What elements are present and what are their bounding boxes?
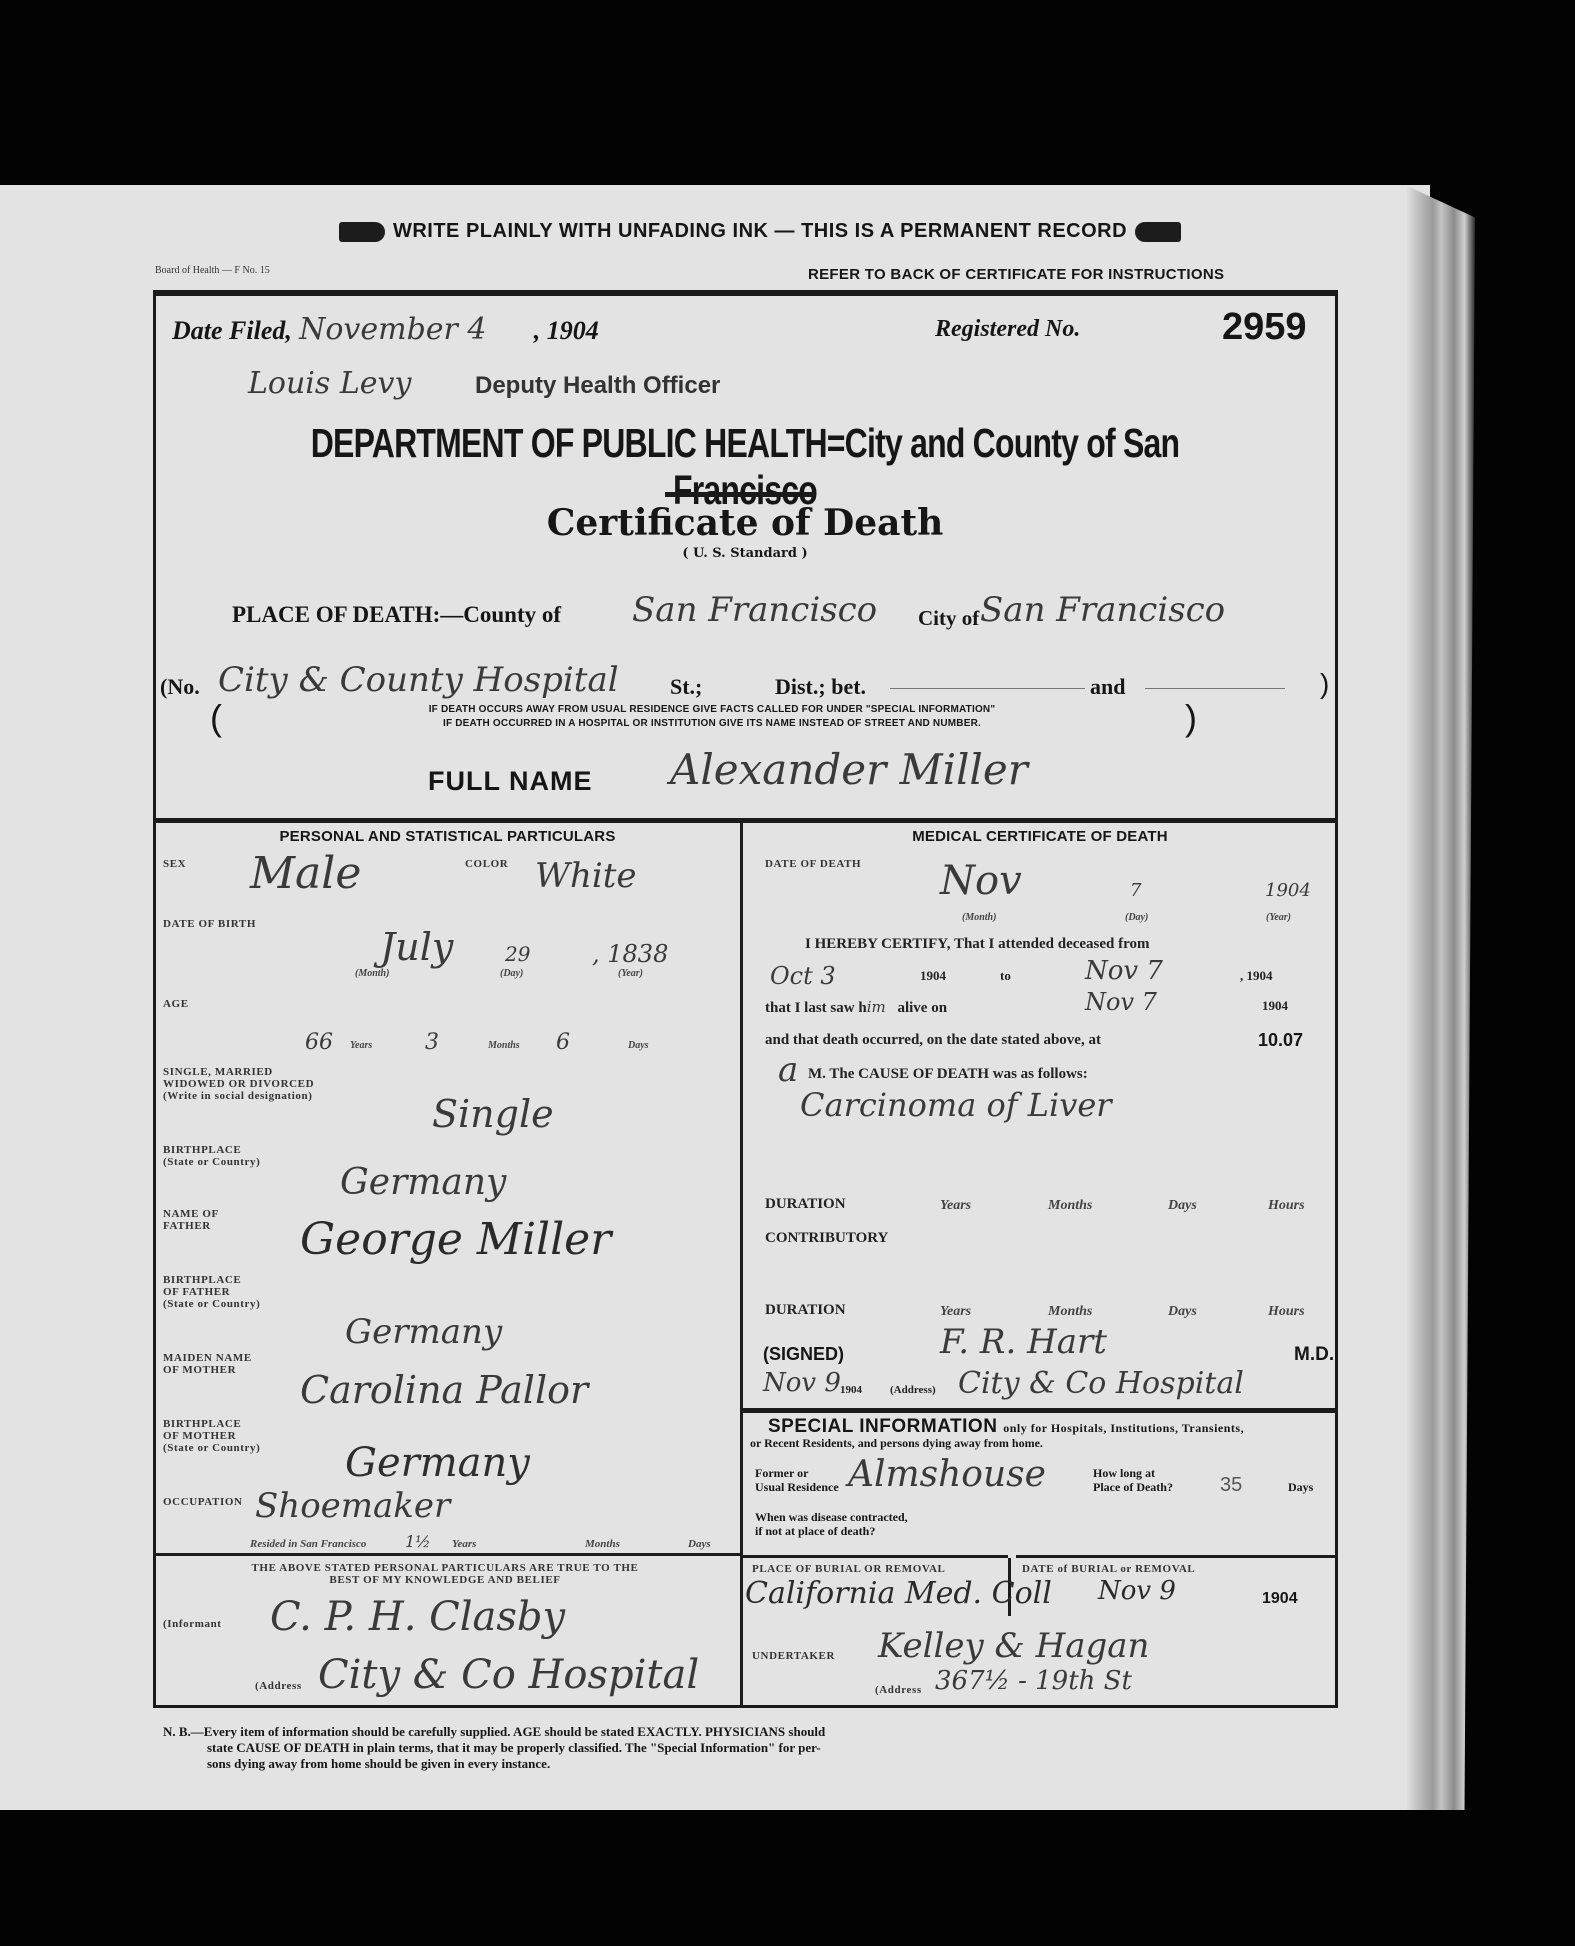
duration-months-caption: Months [1048,1198,1092,1214]
full-name-value: Alexander Miller [670,745,1028,794]
personal-heading: PERSONAL AND STATISTICAL PARTICULARS [160,828,735,845]
book-page-edges [1405,185,1475,1810]
resided-years: 1½ [405,1532,431,1551]
father-birthplace-label: BIRTHPLACE OF FATHER (State or Country) [163,1274,260,1310]
to-label: to [1000,968,1011,984]
disease-contracted-label: When was disease contracted, if not at p… [755,1510,908,1538]
years-caption: Years [350,1040,372,1051]
marital-label: SINGLE, MARRIED WIDOWED OR DIVORCED (Wri… [163,1066,314,1102]
district-label: Dist.; bet. [775,674,866,700]
sex-label: SEX [163,858,186,870]
resided-days-caption: Days [688,1538,711,1550]
undertaker-address-label: (Address [875,1684,922,1696]
occupation-value: Shoemaker [255,1486,450,1526]
mother-birthplace-label: BIRTHPLACE OF MOTHER (State or Country) [163,1418,260,1454]
duration2-years-caption: Years [940,1304,971,1320]
burial-place-value: California Med. Coll [745,1576,1052,1611]
duration2-months-caption: Months [1048,1304,1092,1320]
certificate-title: Certificate of Death [155,502,1335,544]
md-label: M.D. [1294,1344,1334,1366]
sex-value: Male [250,848,361,899]
dob-year: , 1838 [592,940,668,968]
age-label: AGE [163,998,189,1010]
and-blank [1145,688,1285,689]
informant-divider [153,1553,741,1556]
dob-label: DATE OF BIRTH [163,918,256,930]
undertaker-value: Kelley & Hagan [878,1626,1149,1666]
duration2-days-caption: Days [1168,1304,1197,1320]
days-label: Days [1288,1480,1313,1495]
duration-days-caption: Days [1168,1198,1197,1214]
burial-divider-left [743,1555,1008,1558]
burial-year: 1904 [1262,1590,1298,1608]
place-of-death-label: PLACE OF DEATH:—County of [232,602,561,628]
city-label: City of [918,606,979,631]
birthplace-label: BIRTHPLACE (State or Country) [163,1144,260,1168]
last-saw-year: 1904 [1262,998,1288,1014]
signed-date: Nov 9 [763,1368,841,1398]
officer-signature: Louis Levy [248,366,411,401]
district-blank [890,688,1085,689]
informant-label: (Informant [163,1618,222,1630]
father-birthplace-value: Germany [345,1312,502,1352]
refer-instructions: REFER TO BACK OF CERTIFICATE FOR INSTRUC… [808,266,1224,283]
street-label: St.; [670,674,702,700]
date-filed: Date Filed, November 4 , 1904 [172,312,599,347]
note-bracket-right: ) [1185,700,1197,736]
attended-from-year: 1904 [920,968,946,984]
footnote: N. B.—Every item of information should b… [163,1724,1293,1772]
burial-date-label: DATE of BURIAL or REMOVAL [1022,1563,1195,1575]
attended-to-year: , 1904 [1240,968,1273,984]
how-long-value: 35 [1220,1474,1242,1497]
pointing-hand-icon [339,222,385,242]
section-divider [153,818,1338,823]
date-filed-month-day: November 4 [299,312,486,347]
undertaker-address: 367½ - 19th St [935,1666,1132,1696]
certify-text: I HEREBY CERTIFY, That I attended deceas… [805,936,1150,953]
column-divider [740,822,743,1707]
duration-years-caption: Years [940,1198,971,1214]
attended-from: Oct 3 [770,962,836,990]
mother-birthplace-value: Germany [345,1440,530,1486]
resided-years-caption: Years [452,1538,476,1550]
last-saw-text: that I last saw him alive on [765,998,947,1017]
note-bracket-left: ( [210,700,222,736]
department-title: DEPARTMENT OF PUBLIC HEALTH=City and Cou… [285,420,1205,514]
days-caption: Days [628,1040,649,1051]
dob-day: 29 [505,942,530,966]
place-note-line-2: IF DEATH OCCURRED IN A HOSPITAL OR INSTI… [232,718,1192,729]
color-value: White [535,856,637,896]
duration2-label: DURATION [765,1302,846,1319]
former-residence-label: Former or Usual Residence [755,1466,839,1494]
place-county-value: San Francisco [632,590,877,630]
place-note-line-1: IF DEATH OCCURS AWAY FROM USUAL RESIDENC… [232,704,1192,715]
mother-name-value: Carolina Pallor [300,1368,588,1412]
cause-of-death: Carcinoma of Liver [800,1086,1112,1124]
father-name-label: NAME OF FATHER [163,1208,219,1232]
officer-title: Deputy Health Officer [475,372,720,400]
mother-name-label: MAIDEN NAME OF MOTHER [163,1352,252,1376]
meridiem: a [778,1050,798,1090]
last-saw-date: Nov 7 [1085,988,1157,1016]
resided-months-caption: Months [585,1538,620,1550]
occupation-label: OCCUPATION [163,1496,243,1508]
registered-number: 2959 [1222,306,1307,349]
registered-label: Registered No. [935,316,1080,343]
duration2-hours-caption: Hours [1268,1304,1305,1320]
and-label: and [1090,674,1125,700]
informant-address: City & Co Hospital [318,1652,699,1698]
death-month-caption: (Month) [962,912,996,923]
title-divider [665,492,815,497]
date-filed-year: , 1904 [534,316,599,345]
months-caption: Months [488,1040,520,1051]
cause-text: M. The CAUSE OF DEATH was as follows: [808,1066,1088,1083]
informant-statement: THE ABOVE STATED PERSONAL PARTICULARS AR… [155,1562,735,1586]
signed-label: (SIGNED) [763,1344,844,1365]
burial-divider-right [1016,1555,1338,1558]
death-day: 7 [1130,880,1141,901]
banner-text: WRITE PLAINLY WITH UNFADING INK — THIS I… [393,220,1127,242]
death-month: Nov [940,858,1022,904]
full-name-label: FULL NAME [428,766,593,797]
burial-place-label: PLACE OF BURIAL OR REMOVAL [752,1563,945,1575]
attended-to: Nov 7 [1085,956,1163,986]
physician-address: City & Co Hospital [958,1366,1244,1401]
day-caption: (Day) [500,968,523,979]
resided-label: Resided in San Francisco [250,1538,366,1550]
color-label: COLOR [465,858,508,870]
signed-year: 1904 [840,1384,862,1396]
father-name-value: George Miller [300,1214,611,1265]
form-number: Board of Health — F No. 15 [155,265,270,276]
burial-date-value: Nov 9 [1098,1576,1176,1606]
year-caption: (Year) [618,968,643,979]
physician-signature: F. R. Hart [940,1322,1107,1362]
permanent-record-banner: WRITE PLAINLY WITH UNFADING INK — THIS I… [210,220,1310,243]
former-residence-value: Almshouse [848,1454,1046,1495]
duration-label: DURATION [765,1196,846,1213]
contributory-label: CONTRIBUTORY [765,1230,888,1247]
death-time: 10.07 [1258,1030,1303,1051]
birthplace-value: Germany [340,1162,506,1203]
age-days: 6 [556,1030,570,1055]
death-year-caption: (Year) [1266,912,1291,923]
informant-name: C. P. H. Clasby [270,1594,565,1640]
special-heading-line2: or Recent Residents, and persons dying a… [750,1436,1043,1451]
date-of-death-label: DATE OF DEATH [765,858,861,870]
duration-hours-caption: Hours [1268,1198,1305,1214]
death-year: 1904 [1265,880,1311,901]
death-occurred-text: and that death occurred, on the date sta… [765,1032,1101,1049]
place-city-value: San Francisco [980,590,1225,630]
age-years: 66 [305,1030,333,1055]
pointing-hand-icon [1135,222,1181,242]
medical-heading: MEDICAL CERTIFICATE OF DEATH [745,828,1335,845]
street-number-value: City & County Hospital [218,660,619,700]
special-divider [743,1408,1338,1413]
undertaker-label: UNDERTAKER [752,1650,835,1662]
informant-address-label: (Address [255,1680,302,1692]
marital-value: Single [432,1092,554,1136]
age-months: 3 [425,1030,439,1055]
physician-address-label: (Address) [890,1384,936,1396]
certificate-subtitle: ( U. S. Standard ) [155,546,1335,561]
dob-month: July [380,925,453,969]
month-caption: (Month) [355,968,389,979]
death-day-caption: (Day) [1125,912,1148,923]
how-long-label: How long at Place of Death? [1093,1466,1173,1494]
street-number-label: (No. [160,674,200,700]
special-heading: SPECIAL INFORMATION only for Hospitals, … [768,1416,1244,1438]
close-paren: ) [1320,668,1329,700]
